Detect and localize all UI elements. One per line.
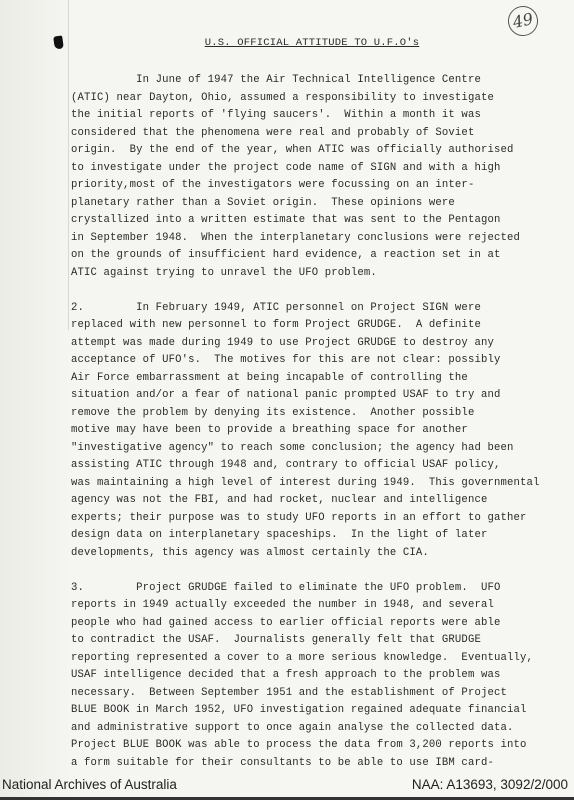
text-line: replaced with new personnel to form Proj… <box>71 317 571 335</box>
text-line: in September 1948. When the interplaneta… <box>71 230 571 248</box>
text-line: reports in 1949 actually exceeded the nu… <box>71 597 571 615</box>
document-page: 49 U.S. OFFICIAL ATTITUDE TO U.F.O's In … <box>0 0 574 800</box>
text-line: planetary rather than a Soviet origin. T… <box>71 195 571 213</box>
paragraph-2: 2. In February 1949, ATIC personnel on P… <box>71 300 571 563</box>
text-line: a form suitable for their consultants to… <box>71 755 571 773</box>
text-line: was maintaining a high level of interest… <box>71 475 571 493</box>
text-line: (ATIC) near Dayton, Ohio, assumed a resp… <box>71 90 571 108</box>
text-line: developments, this agency was almost cer… <box>71 545 571 563</box>
text-line: agency was not the FBI, and had rocket, … <box>71 492 571 510</box>
text-line: motive may have been to provide a breath… <box>71 422 571 440</box>
text-line: reporting represented a cover to a more … <box>71 650 571 668</box>
folio-number-circled: 49 <box>505 3 541 39</box>
text-line: BLUE BOOK in March 1952, UFO investigati… <box>71 702 571 720</box>
archive-reference: NAA: A13693, 3092/2/000 <box>412 777 568 792</box>
text-line: remove the problem by denying its existe… <box>71 405 571 423</box>
text-line: crystallized into a written estimate tha… <box>71 212 571 230</box>
document-body: In June of 1947 the Air Technical Intell… <box>71 72 571 790</box>
text-line: and administrative support to once again… <box>71 720 571 738</box>
text-line: In June of 1947 the Air Technical Intell… <box>71 72 571 90</box>
text-line: priority,most of the investigators were … <box>71 177 571 195</box>
text-line: considered that the phenomena were real … <box>71 125 571 143</box>
text-line: ATIC against trying to unravel the UFO p… <box>71 265 571 283</box>
text-line: people who had gained access to earlier … <box>71 615 571 633</box>
text-line: 2. In February 1949, ATIC personnel on P… <box>71 300 571 318</box>
text-line: to investigate under the project code na… <box>71 160 571 178</box>
text-line: the initial reports of 'flying saucers'.… <box>71 107 571 125</box>
paragraph-1: In June of 1947 the Air Technical Intell… <box>71 72 571 282</box>
text-line: necessary. Between September 1951 and th… <box>71 685 571 703</box>
document-title: U.S. OFFICIAL ATTITUDE TO U.F.O's <box>0 37 574 49</box>
text-line: on the grounds of insufficient hard evid… <box>71 247 571 265</box>
text-line: experts; their purpose was to study UFO … <box>71 510 571 528</box>
text-line: assisting ATIC through 1948 and, contrar… <box>71 457 571 475</box>
page-edge-line <box>68 0 69 330</box>
text-line: "investigative agency" to reach some con… <box>71 440 571 458</box>
text-line: to contradict the USAF. Journalists gene… <box>71 632 571 650</box>
text-line: design data on interplanetary spaceships… <box>71 527 571 545</box>
text-line: Air Force embarrassment at being incapab… <box>71 370 571 388</box>
paragraph-3: 3. Project GRUDGE failed to eliminate th… <box>71 580 571 773</box>
text-line: attempt was made during 1949 to use Proj… <box>71 335 571 353</box>
archive-name: National Archives of Australia <box>2 777 177 792</box>
text-line: origin. By the end of the year, when ATI… <box>71 142 571 160</box>
text-line: USAF intelligence decided that a fresh a… <box>71 667 571 685</box>
text-line: Project BLUE BOOK was able to process th… <box>71 737 571 755</box>
text-line: acceptance of UFO's. The motives for thi… <box>71 352 571 370</box>
text-line: 3. Project GRUDGE failed to eliminate th… <box>71 580 571 598</box>
text-line: situation and/or a fear of national pani… <box>71 387 571 405</box>
